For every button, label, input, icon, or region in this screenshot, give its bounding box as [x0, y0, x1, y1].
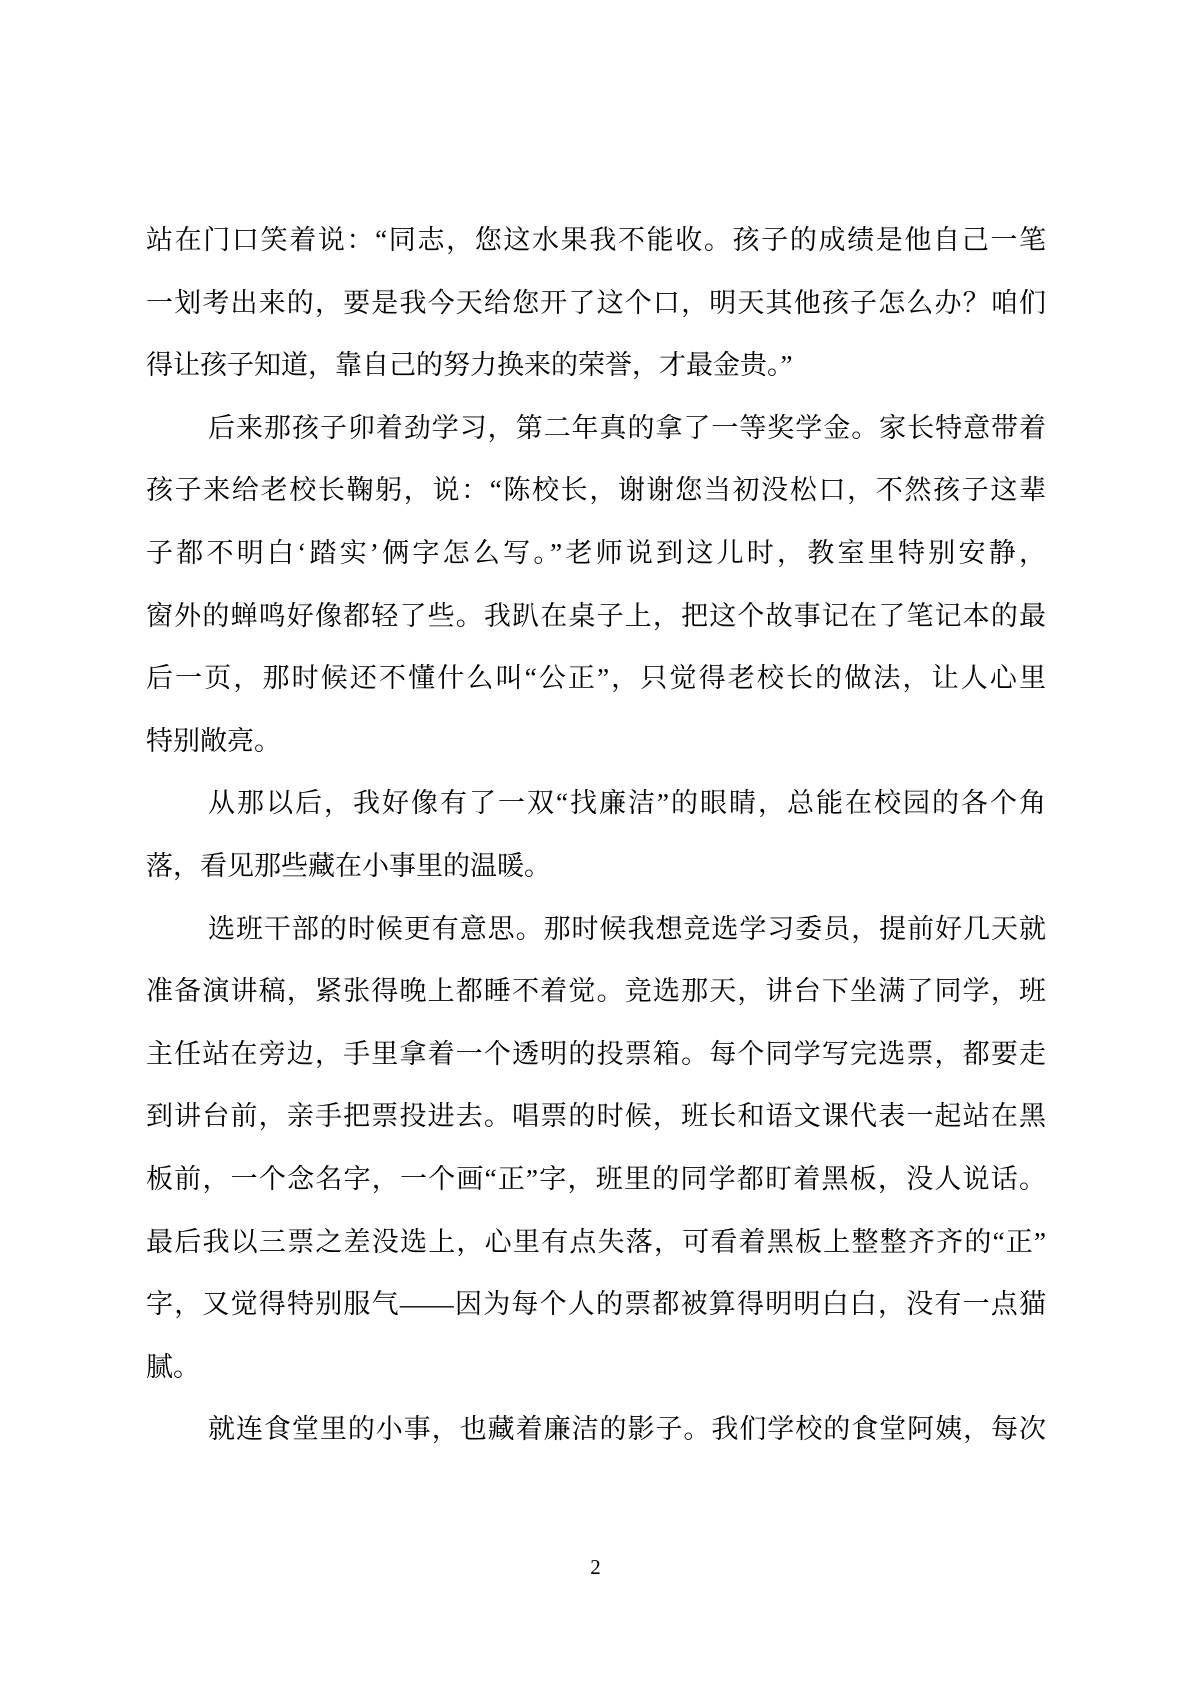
text-line: 特别敞亮。 — [146, 710, 1046, 773]
page-number: 2 — [0, 1552, 1191, 1582]
text-line: 窗外的蝉鸣好像都轻了些。我趴在桌子上，把这个故事记在了笔记本的最 — [146, 585, 1046, 648]
text-line: 主任站在旁边，手里拿着一个透明的投票箱。每个同学写完选票，都要走 — [146, 1023, 1046, 1086]
text-line: 落，看见那些藏在小事里的温暖。 — [146, 835, 1046, 898]
text-line: 腻。 — [146, 1336, 1046, 1399]
text-line: 准备演讲稿，紧张得晚上都睡不着觉。竞选那天，讲台下坐满了同学，班 — [146, 960, 1046, 1023]
text-line: 后一页，那时候还不懂什么叫“公正”，只觉得老校长的做法，让人心里 — [146, 647, 1046, 710]
text-line: 字，又觉得特别服气——因为每个人的票都被算得明明白白，没有一点猫 — [146, 1273, 1046, 1336]
text-line: 子都不明白‘踏实’俩字怎么写。”老师说到这儿时，教室里特别安静， — [146, 522, 1046, 585]
text-line: 后来那孩子卯着劲学习，第二年真的拿了一等奖学金。家长特意带着 — [146, 397, 1046, 460]
document-page: 站在门口笑着说：“同志，您这水果我不能收。孩子的成绩是他自己一笔一划考出来的，要… — [0, 0, 1191, 1684]
text-line: 一划考出来的，要是我今天给您开了这个口，明天其他孩子怎么办？咱们 — [146, 272, 1046, 335]
text-line: 选班干部的时候更有意思。那时候我想竞选学习委员，提前好几天就 — [146, 898, 1046, 961]
text-line: 站在门口笑着说：“同志，您这水果我不能收。孩子的成绩是他自己一笔 — [146, 209, 1046, 272]
document-body: 站在门口笑着说：“同志，您这水果我不能收。孩子的成绩是他自己一笔一划考出来的，要… — [146, 209, 1046, 1461]
text-line: 孩子来给老校长鞠躬，说：“陈校长，谢谢您当初没松口，不然孩子这辈 — [146, 459, 1046, 522]
text-line: 到讲台前，亲手把票投进去。唱票的时候，班长和语文课代表一起站在黑 — [146, 1085, 1046, 1148]
text-line: 就连食堂里的小事，也藏着廉洁的影子。我们学校的食堂阿姨，每次 — [146, 1398, 1046, 1461]
text-line: 得让孩子知道，靠自己的努力换来的荣誉，才最金贵。” — [146, 334, 1046, 397]
text-line: 板前，一个念名字，一个画“正”字，班里的同学都盯着黑板，没人说话。 — [146, 1148, 1046, 1211]
text-line: 最后我以三票之差没选上，心里有点失落，可看着黑板上整整齐齐的“正” — [146, 1211, 1046, 1274]
text-line: 从那以后，我好像有了一双“找廉洁”的眼睛，总能在校园的各个角 — [146, 772, 1046, 835]
